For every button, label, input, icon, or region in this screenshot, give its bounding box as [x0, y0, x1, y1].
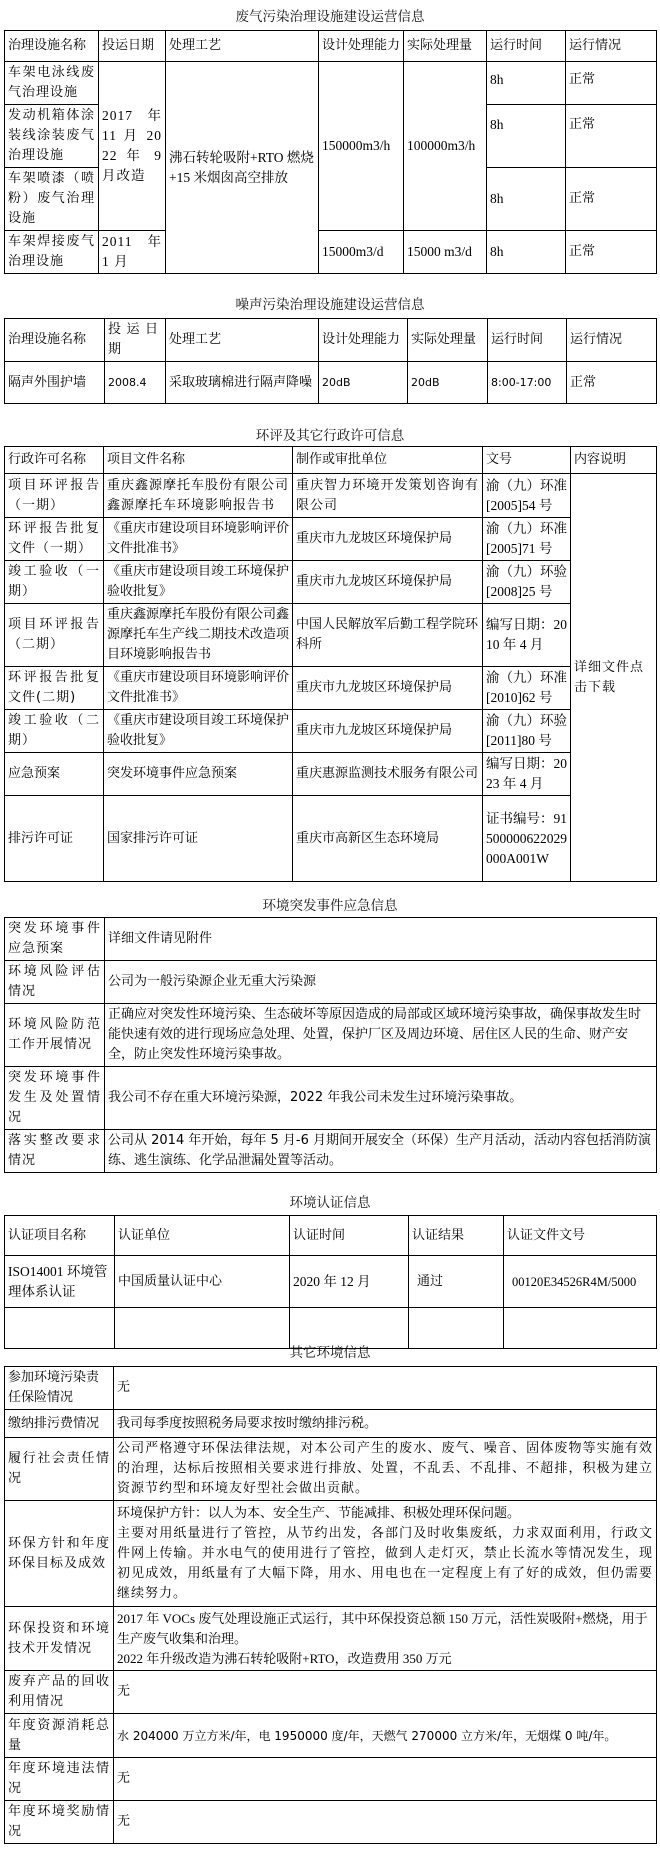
permit-doc-no: 渝（九）环验[2008]25 号	[483, 561, 571, 604]
permit-unit: 重庆市高新区生态环境局	[293, 796, 483, 882]
row-value-line: 主要对用纸量进行了管控，从节约出发，各部门及时收集废纸，力求双面利用，行政文件网…	[117, 1524, 653, 1604]
table-row-empty	[5, 1308, 657, 1349]
waste-gas-table: 治理设施名称 投运日期 处理工艺 设计处理能力 实际处理量 运行时间 运行情况 …	[4, 30, 657, 274]
empty-cell	[409, 1308, 504, 1349]
table-row: 隔声外围护墙 2008.4 采取玻璃棉进行隔声降噪 20dB 20dB 8:00…	[5, 362, 657, 404]
row-value: 详细文件请见附件	[105, 918, 657, 961]
table-row: 排污许可证 国家排污许可证 重庆市高新区生态环境局 证书编号：915000006…	[5, 796, 657, 882]
table-row: 环保投资和环境技术开发情况 2017 年 VOCs 废气处理设施正式运行，其中环…	[5, 1607, 657, 1671]
row-label: 落实整改要求情况	[5, 1130, 105, 1173]
permit-doc-no: 渝（九）环准[2005]71 号	[483, 518, 571, 561]
run-status: 正常	[567, 362, 657, 404]
commission-date: 2008.4	[105, 362, 166, 404]
empty-cell	[5, 1308, 115, 1349]
permit-unit: 重庆市九龙坡区环境保护局	[293, 518, 483, 561]
emergency-table: 突发环境事件应急预案 详细文件请见附件 环境风险评估情况 公司为一般污染源企业无…	[4, 917, 657, 1173]
row-value-line: 2022 年升级改造为沸石转轮吸附+RTO，改造费用 350 万元	[117, 1649, 653, 1669]
permit-name: 项目环评报告（二期）	[5, 604, 104, 667]
run-time: 8h	[487, 105, 566, 168]
permit-file: 重庆鑫源摩托车股份有限公司鑫源摩托车生产线二期技术改造项目环境影响报告书	[104, 604, 293, 667]
treatment-process: 采取玻璃棉进行隔声降噪	[166, 362, 319, 404]
row-value: 我司每季度按照税务局要求按时缴纳排污税。	[114, 1410, 657, 1438]
facility-name: 车架焊接废气治理设施	[5, 231, 99, 274]
header-cell: 运行情况	[567, 319, 657, 362]
table-header-row: 治理设施名称 投运日期 处理工艺 设计处理能力 实际处理量 运行时间 运行情况	[5, 319, 657, 362]
row-value: 无	[114, 1367, 657, 1410]
row-label: 环境风险防范工作开展情况	[5, 1004, 105, 1067]
cert-unit: 中国质量认证中心	[115, 1256, 290, 1308]
header-cell: 运行情况	[566, 31, 657, 62]
permit-name: 环评报告批复文件(二期)	[5, 667, 104, 710]
permit-file: 国家排污许可证	[104, 796, 293, 882]
run-time: 8h	[487, 231, 566, 274]
row-label: 年度环境违法情况	[5, 1758, 114, 1801]
table-row: 竣工验收（二期） 《重庆市建设项目竣工环境保护验收批复》 重庆市九龙坡区环境保护…	[5, 710, 657, 753]
header-cell: 治理设施名称	[5, 319, 105, 362]
header-cell: 设计处理能力	[319, 319, 408, 362]
treatment-process: 沸石转轮吸附+RTO 燃烧+15 米烟囱高空排放	[166, 62, 319, 274]
waste-gas-section-title: 废气污染治理设施建设运营信息	[0, 8, 660, 26]
permits-table: 行政许可名称 项目文件名称 制作或审批单位 文号 内容说明 项目环评报告（一期）…	[4, 446, 657, 882]
header-cell: 认证结果	[409, 1216, 504, 1256]
permit-name: 排污许可证	[5, 796, 104, 882]
row-value: 环境保护方针：以人为本、安全生产、节能减排、积极处理环保问题。 主要对用纸量进行…	[114, 1501, 657, 1607]
table-row: 车架电泳线废气治理设施 2017 年 11 月 2022 年 9 月改造 沸石转…	[5, 62, 657, 105]
row-label: 突发环境事件应急预案	[5, 918, 105, 961]
commission-date: 2011 年 1 月	[99, 231, 166, 274]
header-cell: 内容说明	[571, 447, 657, 474]
permit-description-link[interactable]: 详细文件点击下载	[571, 474, 657, 882]
permit-name: 竣工验收（二期）	[5, 710, 104, 753]
cert-result: 通过	[409, 1256, 504, 1308]
table-row: 环境风险防范工作开展情况 正确应对突发性环境污染、生态破坏等原因造成的局部或区域…	[5, 1004, 657, 1067]
row-label: 履行社会责任情况	[5, 1438, 114, 1501]
design-capacity: 150000m3/h	[319, 62, 404, 231]
table-row: 环评报告批复文件（一期） 《重庆市建设项目环境影响评价文件批准书》 重庆市九龙坡…	[5, 518, 657, 561]
header-cell: 认证单位	[115, 1216, 290, 1256]
header-cell: 设计处理能力	[319, 31, 404, 62]
table-row: 履行社会责任情况 公司严格遵守环保法律法规，对本公司产生的废水、废气、噪音、固体…	[5, 1438, 657, 1501]
table-row: 参加环境污染责任保险情况 无	[5, 1367, 657, 1410]
permit-doc-no: 编写日期：2010 年 4 月	[483, 604, 571, 667]
table-row: 项目环评报告（一期） 重庆鑫源摩托车股份有限公司鑫源摩托车环境影响报告书 重庆智…	[5, 474, 657, 518]
noise-table: 治理设施名称 投运日期 处理工艺 设计处理能力 实际处理量 运行时间 运行情况 …	[4, 318, 657, 404]
design-capacity: 20dB	[319, 362, 408, 404]
run-status: 正常	[566, 231, 657, 274]
row-label: 环保方针和年度环保目标及成效	[5, 1501, 114, 1607]
table-row: 缴纳排污费情况 我司每季度按照税务局要求按时缴纳排污税。	[5, 1410, 657, 1438]
table-row: 废弃产品的回收利用情况 无	[5, 1671, 657, 1714]
run-time: 8h	[487, 62, 566, 105]
table-row: 环评报告批复文件(二期) 《重庆市建设项目环境影响评价文件批准书》 重庆市九龙坡…	[5, 667, 657, 710]
table-row: 环境风险评估情况 公司为一般污染源企业无重大污染源	[5, 961, 657, 1004]
permit-name: 项目环评报告（一期）	[5, 474, 104, 518]
header-cell: 运行时间	[487, 31, 566, 62]
permit-file: 《重庆市建设项目环境影响评价文件批准书》	[104, 518, 293, 561]
row-value: 无	[114, 1671, 657, 1714]
row-value: 水 204000 万立方米/年，电 1950000 度/年，天燃气 270000…	[114, 1714, 657, 1758]
permit-file: 《重庆市建设项目环境影响评价文件批准书》	[104, 667, 293, 710]
row-label: 缴纳排污费情况	[5, 1410, 114, 1438]
run-status: 正常	[566, 105, 657, 168]
actual-volume: 15000 m3/d	[404, 231, 487, 274]
actual-volume: 100000m3/h	[404, 62, 487, 231]
emergency-section-title: 环境突发事件应急信息	[0, 897, 660, 915]
header-cell: 认证时间	[290, 1216, 409, 1256]
row-label: 环保投资和环境技术开发情况	[5, 1607, 114, 1671]
row-value: 无	[114, 1758, 657, 1801]
row-value: 公司严格遵守环保法律法规，对本公司产生的废水、废气、噪音、固体废物等实施有效的治…	[114, 1438, 657, 1501]
header-cell: 处理工艺	[166, 319, 319, 362]
facility-name: 车架电泳线废气治理设施	[5, 62, 99, 105]
permit-file: 《重庆市建设项目竣工环境保护验收批复》	[104, 710, 293, 753]
header-cell: 治理设施名称	[5, 31, 99, 62]
row-value: 无	[114, 1801, 657, 1844]
header-cell: 实际处理量	[404, 31, 487, 62]
certification-table: 认证项目名称 认证单位 认证时间 认证结果 认证文件文号 ISO14001 环境…	[4, 1215, 657, 1349]
table-row: 应急预案 突发环境事件应急预案 重庆惠源监测技术服务有限公司 编写日期：2023…	[5, 753, 657, 796]
actual-volume: 20dB	[408, 362, 488, 404]
row-value: 正确应对突发性环境污染、生态破坏等原因造成的局部或区域环境污染事故，确保事故发生…	[105, 1004, 657, 1067]
header-cell: 制作或审批单位	[293, 447, 483, 474]
cert-name: ISO14001 环境管理体系认证	[5, 1256, 115, 1308]
permit-doc-no: 渝（九）环准[2005]54 号	[483, 474, 571, 518]
noise-section-title: 噪声污染治理设施建设运营信息	[0, 296, 660, 314]
run-time: 8:00-17:00	[488, 362, 567, 404]
table-row: 年度环境违法情况 无	[5, 1758, 657, 1801]
permit-unit: 重庆惠源监测技术服务有限公司	[293, 753, 483, 796]
permit-unit: 重庆市九龙坡区环境保护局	[293, 667, 483, 710]
table-row: 竣工验收（一期） 《重庆市建设项目竣工环境保护验收批复》 重庆市九龙坡区环境保护…	[5, 561, 657, 604]
header-cell: 认证文件文号	[504, 1216, 657, 1256]
permit-file: 突发环境事件应急预案	[104, 753, 293, 796]
row-label: 参加环境污染责任保险情况	[5, 1367, 114, 1410]
header-cell: 行政许可名称	[5, 447, 104, 474]
other-section-title: 其它环境信息	[0, 1344, 660, 1362]
permit-doc-no: 编写日期：2023 年 4 月	[483, 753, 571, 796]
table-row: ISO14001 环境管理体系认证 中国质量认证中心 2020 年 12 月 通…	[5, 1256, 657, 1308]
table-row: 落实整改要求情况 公司从 2014 年开始，每年 5 月-6 月期间开展安全（环…	[5, 1130, 657, 1173]
cert-time: 2020 年 12 月	[290, 1256, 409, 1308]
table-row: 环保方针和年度环保目标及成效 环境保护方针：以人为本、安全生产、节能减排、积极处…	[5, 1501, 657, 1607]
row-label: 废弃产品的回收利用情况	[5, 1671, 114, 1714]
row-value-line: 2017 年 VOCs 废气处理设施正式运行，其中环保投资总额 150 万元，活…	[117, 1609, 653, 1649]
header-cell: 投运日期	[99, 31, 166, 62]
header-cell: 处理工艺	[166, 31, 319, 62]
row-label: 环境风险评估情况	[5, 961, 105, 1004]
permit-unit: 中国人民解放军后勤工程学院环科所	[293, 604, 483, 667]
empty-cell	[504, 1308, 657, 1349]
table-row: 车架焊接废气治理设施 2011 年 1 月 15000m3/d 15000 m3…	[5, 231, 657, 274]
row-label: 年度资源消耗总量	[5, 1714, 114, 1758]
empty-cell	[290, 1308, 409, 1349]
table-header-row: 治理设施名称 投运日期 处理工艺 设计处理能力 实际处理量 运行时间 运行情况	[5, 31, 657, 62]
table-header-row: 行政许可名称 项目文件名称 制作或审批单位 文号 内容说明	[5, 447, 657, 474]
commission-date: 2017 年 11 月 2022 年 9 月改造	[99, 62, 166, 231]
permit-doc-no: 渝（九）环验[2011]80 号	[483, 710, 571, 753]
design-capacity: 15000m3/d	[319, 231, 404, 274]
facility-name: 车架喷漆（喷粉）废气治理设施	[5, 168, 99, 231]
row-label: 突发环境事件发生及处置情况	[5, 1067, 105, 1130]
permit-file: 《重庆市建设项目竣工环境保护验收批复》	[104, 561, 293, 604]
certification-section-title: 环境认证信息	[0, 1194, 660, 1212]
table-row: 项目环评报告（二期） 重庆鑫源摩托车股份有限公司鑫源摩托车生产线二期技术改造项目…	[5, 604, 657, 667]
header-cell: 文号	[483, 447, 571, 474]
other-info-table: 参加环境污染责任保险情况 无 缴纳排污费情况 我司每季度按照税务局要求按时缴纳排…	[4, 1366, 657, 1844]
header-cell: 项目文件名称	[104, 447, 293, 474]
row-value: 公司从 2014 年开始，每年 5 月-6 月期间开展安全（环保）生产月活动，活…	[105, 1130, 657, 1173]
row-label: 年度环境奖励情况	[5, 1801, 114, 1844]
table-row: 突发环境事件应急预案 详细文件请见附件	[5, 918, 657, 961]
row-value: 我公司不存在重大环境污染源，2022 年我公司未发生过环境污染事故。	[105, 1067, 657, 1130]
permit-unit: 重庆市九龙坡区环境保护局	[293, 561, 483, 604]
run-status: 正常	[566, 168, 657, 231]
cert-doc-no: 00120E34526R4M/5000	[504, 1256, 657, 1308]
header-cell: 投运日期	[105, 319, 166, 362]
header-cell: 实际处理量	[408, 319, 488, 362]
permit-doc-no: 渝（九）环准[2010]62 号	[483, 667, 571, 710]
row-value-line: 环境保护方针：以人为本、安全生产、节能减排、积极处理环保问题。	[117, 1504, 653, 1524]
row-value: 公司为一般污染源企业无重大污染源	[105, 961, 657, 1004]
run-time: 8h	[487, 168, 566, 231]
facility-name: 隔声外围护墙	[5, 362, 105, 404]
run-status: 正常	[566, 62, 657, 105]
table-row: 年度资源消耗总量 水 204000 万立方米/年，电 1950000 度/年，天…	[5, 1714, 657, 1758]
header-cell: 认证项目名称	[5, 1216, 115, 1256]
table-row: 突发环境事件发生及处置情况 我公司不存在重大环境污染源，2022 年我公司未发生…	[5, 1067, 657, 1130]
header-cell: 运行时间	[488, 319, 567, 362]
permit-file: 重庆鑫源摩托车股份有限公司鑫源摩托车环境影响报告书	[104, 474, 293, 518]
permit-name: 应急预案	[5, 753, 104, 796]
empty-cell	[115, 1308, 290, 1349]
permit-unit: 重庆市九龙坡区环境保护局	[293, 710, 483, 753]
row-value: 2017 年 VOCs 废气处理设施正式运行，其中环保投资总额 150 万元，活…	[114, 1607, 657, 1671]
table-row: 年度环境奖励情况 无	[5, 1801, 657, 1844]
facility-name: 发动机箱体涂装线涂装废气治理设施	[5, 105, 99, 168]
table-header-row: 认证项目名称 认证单位 认证时间 认证结果 认证文件文号	[5, 1216, 657, 1256]
permit-unit: 重庆智力环境开发策划咨询有限公司	[293, 474, 483, 518]
permit-name: 环评报告批复文件（一期）	[5, 518, 104, 561]
permits-section-title: 环评及其它行政许可信息	[0, 427, 660, 445]
permit-doc-no: 证书编号：91500000622029000A001W	[483, 796, 571, 882]
permit-name: 竣工验收（一期）	[5, 561, 104, 604]
